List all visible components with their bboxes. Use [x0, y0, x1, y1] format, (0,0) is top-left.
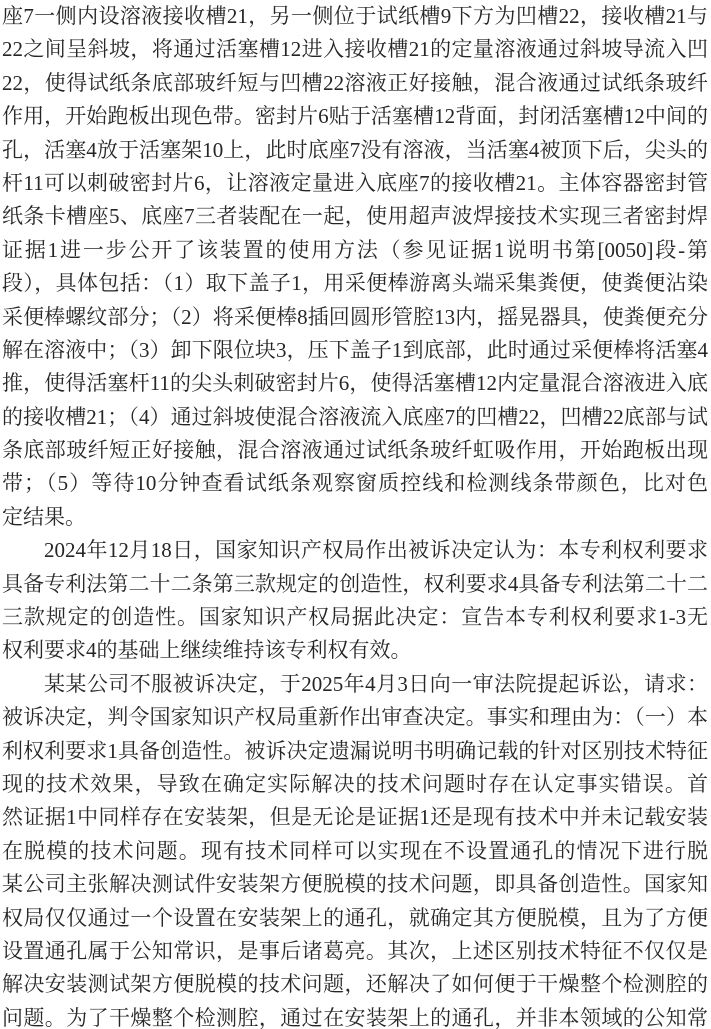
- text-line: 座7一侧内设溶液接收槽21，另一侧位于试纸槽9下方为凹槽22，接收槽21与凹槽: [2, 0, 708, 33]
- text-line: 然证据1中同样存在安装架，但是无论是证据1还是现有技术中并未记载安装架存: [2, 801, 708, 834]
- text-line: 现的技术效果，导致在确定实际解决的技术问题时存在认定事实错误。首先，虽: [2, 768, 708, 801]
- text-line: 推，使得活塞杆11的尖头刺破密封片6，使得活塞槽12内定量混合溶液进入底座7: [2, 367, 708, 400]
- text-line: 孔，活塞4放于活塞架10上，此时底座7没有溶液，当活塞4被顶下后，尖头的活塞: [2, 134, 708, 167]
- text-line: 问题。为了干燥整个检测腔，通过在安装架上的通孔，并非本领域的公知常识。: [2, 1002, 708, 1029]
- text-line: 权局仅仅通过一个设置在安装架上的通孔，就确定其方便脱模，且为了方便脱模: [2, 902, 708, 935]
- text-line: 纸条卡槽座5、底座7三者装配在一起，使用超声波焊接技术实现三者密封焊接。: [2, 200, 708, 233]
- text-line: 22，使得试纸条底部玻纤短与凹槽22溶液正好接触，混合液通过试纸条玻纤虹吸: [2, 67, 708, 100]
- text-line: 作用，开始跑板出现色带。密封片6贴于活塞槽12背面，封闭活塞槽12中间的小: [2, 100, 708, 133]
- text-line: 具备专利法第二十二条第三款规定的创造性，权利要求4具备专利法第二十二条第: [2, 568, 708, 601]
- paragraph: 座7一侧内设溶液接收槽21，另一侧位于试纸槽9下方为凹槽22，接收槽21与凹槽2…: [2, 0, 708, 534]
- text-line: 条底部玻纤短正好接触，混合溶液通过试纸条玻纤虹吸作用，开始跑板出现色: [2, 434, 708, 467]
- text-line: 被诉决定，判令国家知识产权局重新作出审查决定。事实和理由为：（一）本专: [2, 701, 708, 734]
- text-line: 某某公司不服被诉决定，于2025年4月3日向一审法院提起诉讼，请求：撤销: [2, 668, 708, 701]
- document-page: 座7一侧内设溶液接收槽21，另一侧位于试纸槽9下方为凹槽22，接收槽21与凹槽2…: [0, 0, 711, 1029]
- text-line: 杆11可以刺破密封片6，让溶液定量进入底座7的接收槽21。主体容器密封管2、试: [2, 167, 708, 200]
- text-line: 某公司主张解决测试件安装架方便脱模的技术问题，即具备创造性。国家知识产: [2, 868, 708, 901]
- text-line: 三款规定的创造性。国家知识产权局据此决定：宣告本专利权利要求1-3无效，在: [2, 601, 708, 634]
- text-line: 设置通孔属于公知常识，是事后诸葛亮。其次，上述区别技术特征不仅仅是为了: [2, 935, 708, 968]
- text-line: 权利要求4的基础上继续维持该专利权有效。: [2, 634, 708, 667]
- text-line: 利权利要求1具备创造性。被诉决定遗漏说明书明确记载的针对区别技术特征所实: [2, 735, 708, 768]
- text-line: 解决安装测试架方便脱模的技术问题，还解决了如何便于干燥整个检测腔的技术: [2, 968, 708, 1001]
- paragraph: 某某公司不服被诉决定，于2025年4月3日向一审法院提起诉讼，请求：撤销被诉决定…: [2, 668, 708, 1029]
- text-line: 定结果。: [2, 501, 708, 534]
- text-line: 段），具体包括：（1）取下盖子1，用采便棒游离头端采集粪便，使粪便沾染到: [2, 267, 708, 300]
- text-line: 采便棒螺纹部分；（2）将采便棒8插回圆形管腔13内，摇晃器具，使粪便充分溶: [2, 301, 708, 334]
- text-line: 2024年12月18日，国家知识产权局作出被诉决定认为：本专利权利要求1-3不: [2, 534, 708, 567]
- text-line: 在脱模的技术问题。现有技术同样可以实现在不设置通孔的情况下进行脱模。某: [2, 835, 708, 868]
- text-line: 解在溶液中；（3）卸下限位块3，压下盖子1到底部，此时通过采便棒将活塞4下: [2, 334, 708, 367]
- text-line: 的接收槽21；（4）通过斜坡使混合溶液流入底座7的凹槽22，凹槽22底部与试纸: [2, 401, 708, 434]
- paragraph: 2024年12月18日，国家知识产权局作出被诉决定认为：本专利权利要求1-3不具…: [2, 534, 708, 668]
- text-line: 22之间呈斜坡，将通过活塞槽12进入接收槽21的定量溶液通过斜坡导流入凹槽: [2, 33, 708, 66]
- text-line: 带；（5）等待10分钟查看试纸条观察窗质控线和检测线条带颜色，比对色卡，判: [2, 467, 708, 500]
- text-line: 证据1进一步公开了该装置的使用方法（参见证据1说明书第[0050]段-第[005…: [2, 234, 708, 267]
